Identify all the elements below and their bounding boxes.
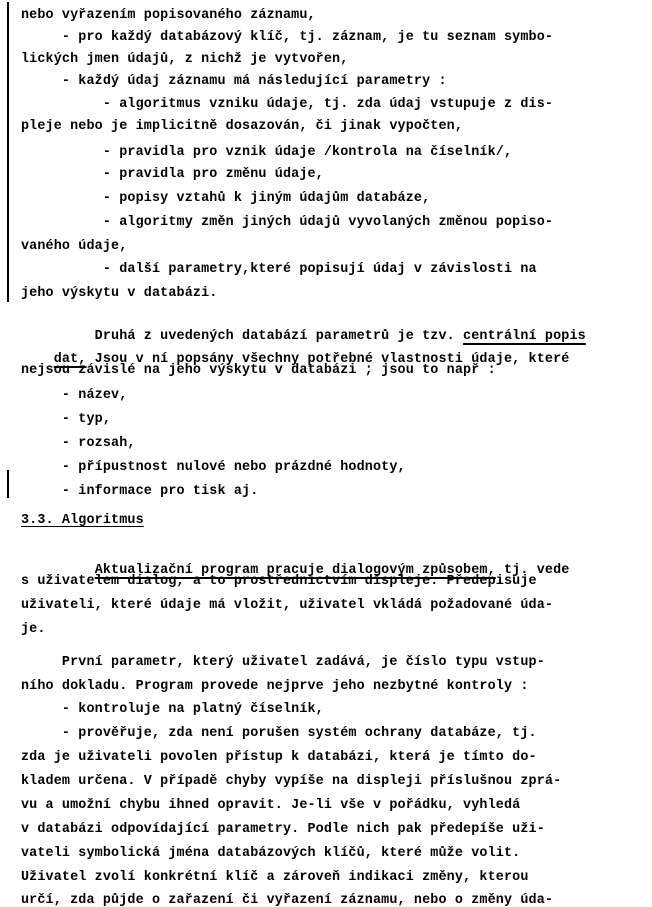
list-item: - přípustnost nulové nebo prázdné hodnot… [21, 461, 406, 474]
paragraph-line: nejsou závislé na jeho výskytu v databáz… [21, 364, 496, 377]
text-line: - další parametry,které popisují údaj v … [21, 263, 537, 276]
margin-rule-bottom [7, 470, 9, 498]
paragraph-line: vateli symbolická jména databázových klí… [21, 847, 520, 860]
paragraph-line: s uživatelem dialog, a to prostřednictví… [21, 575, 537, 588]
paragraph-line: v databázi odpovídající parametry. Podle… [21, 823, 545, 836]
text-line: vaného údaje, [21, 240, 127, 253]
text-line: - algoritmy změn jiných údajů vyvolaných… [21, 216, 553, 229]
paragraph-line: vu a umožní chybu ihned opravit. Je-li v… [21, 799, 520, 812]
text-line: - algoritmus vzniku údaje, tj. zda údaj … [21, 98, 553, 111]
paragraph-line: zda je uživateli povolen přístup k datab… [21, 751, 537, 764]
paragraph-line: kladem určena. V případě chyby vypíše na… [21, 775, 561, 788]
list-item: - název, [21, 389, 127, 402]
paragraph-line: ního dokladu. Program provede nejprve je… [21, 680, 529, 693]
text-line: - pravidla pro vznik údaje /kontrola na … [21, 146, 512, 159]
text-line: lických jmen údajů, z nichž je vytvořen, [21, 53, 348, 66]
text-line: pleje nebo je implicitně dosazován, či j… [21, 120, 463, 133]
paragraph-line: První parametr, který uživatel zadává, j… [21, 656, 545, 669]
text-line: nebo vyřazením popisovaného záznamu, [21, 9, 316, 22]
text-line: - každý údaj záznamu má následující para… [21, 75, 447, 88]
list-item: - informace pro tisk aj. [21, 485, 258, 498]
list-item: - kontroluje na platný číselník, [21, 703, 324, 716]
list-item: - rozsah, [21, 437, 136, 450]
text-line: - pro každý databázový klíč, tj. záznam,… [21, 31, 553, 44]
paragraph-line: je. [21, 623, 46, 636]
list-item: - typ, [21, 413, 111, 426]
section-heading: 3.3. Algoritmus [21, 514, 144, 527]
text-line: - popisy vztahů k jiným údajům databáze, [21, 192, 430, 205]
paragraph-line: Uživatel zvolí konkrétní klíč a zároveň … [21, 871, 529, 884]
text-line: jeho výskytu v databázi. [21, 287, 217, 300]
list-item: - prověřuje, zda není porušen systém och… [21, 727, 537, 740]
paragraph-line: uživateli, které údaje má vložit, uživat… [21, 599, 553, 612]
margin-rule-top [7, 2, 9, 302]
text-line: - pravidla pro změnu údaje, [21, 168, 324, 181]
paragraph-line: určí, zda půjde o zařazení či vyřazení z… [21, 894, 553, 907]
